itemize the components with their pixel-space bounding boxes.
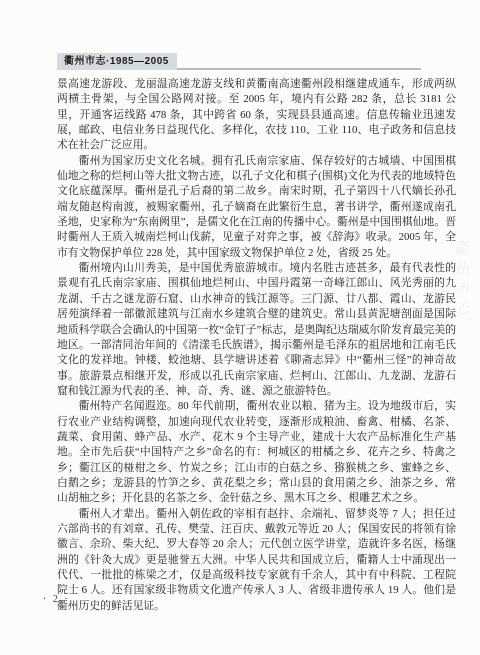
body-paragraph: 景高速龙游段、龙丽温高速龙游支线和黄衢南高速衢州段相继建成通车，形成两纵两横主骨…: [57, 77, 456, 154]
body-paragraph: 衢州为国家历史文化名城。拥有孔氏南宗家庙、保存较好的古城墙、中国围棋仙地之称的烂…: [57, 154, 456, 261]
page-content: 景高速龙游段、龙丽温高速龙游支线和黄衢南高速衢州段相继建成通车，形成两纵两横主骨…: [57, 77, 456, 614]
page-header: 衢州市志·1985—2005: [57, 51, 421, 70]
running-title: 衢州市志·1985—2005: [57, 53, 177, 70]
page-number: · 2 ·: [43, 594, 70, 605]
body-paragraph: 衢州特产名闻遐迩。80 年代前期，衢州农业以粮、猪为主。设为地级市后，实行农业产…: [57, 399, 456, 506]
body-paragraph: 衢州境内山川秀美，是中国优秀旅游城市。境内名胜古迹甚多，最有代表性的景观有孔氏南…: [57, 261, 456, 399]
book-page: 衢州市志·1985—2005 景高速龙游段、龙丽温高速龙游支线和黄衢南高速衢州段…: [0, 0, 480, 655]
body-paragraph: 衢州人才辈出。衢州入朝佐政的宰相有赵抃、余端礼、留梦炎等 7 人；担任过六部尚书…: [57, 507, 456, 614]
